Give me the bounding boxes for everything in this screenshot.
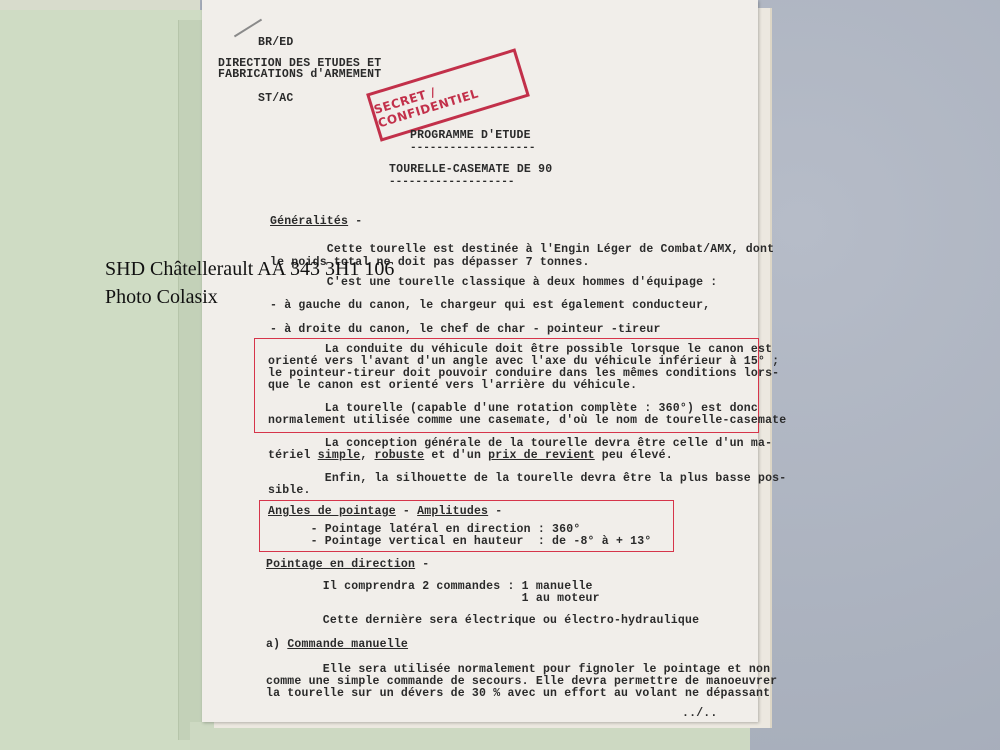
- title-rule-1: -------------------: [410, 142, 535, 154]
- paragraph-line: Cette tourelle est destinée à l'Engin Lé…: [270, 243, 774, 256]
- sub-department: ST/AC: [258, 92, 294, 105]
- reference-code: BR/ED: [258, 36, 294, 49]
- photo-credit: Photo Colasix: [105, 286, 218, 309]
- document-title-1: PROGRAMME D'ETUDE: [410, 129, 531, 142]
- paragraph-line: sible.: [268, 484, 311, 497]
- paragraph-line: Enfin, la silhouette de la tourelle devr…: [268, 472, 786, 485]
- section-heading-pointage: Pointage en direction -: [266, 558, 429, 571]
- paragraph-line: que le canon est orienté vers l'arrière …: [268, 379, 637, 392]
- crew-item: - à droite du canon, le chef de char - p…: [270, 323, 661, 336]
- document-title-2: TOURELLE-CASEMATE DE 90: [389, 163, 552, 176]
- paragraph-line: tériel simple, robuste et d'un prix de r…: [268, 449, 673, 462]
- section-heading-angles: Angles de pointage - Amplitudes -: [268, 505, 502, 518]
- paragraph-line: normalement utilisée comme une casemate,…: [268, 414, 786, 427]
- section-heading-generalites: Généralités -: [270, 215, 362, 228]
- title-rule-2: -------------------: [389, 176, 514, 188]
- archive-caption: SHD Châtellerault AA 343 3H1 106: [105, 258, 394, 281]
- crew-item: - à gauche du canon, le chargeur qui est…: [270, 299, 710, 312]
- paragraph-line: 1 au moteur: [266, 592, 600, 605]
- angle-item: - Pointage vertical en hauteur : de -8° …: [268, 535, 651, 548]
- department-line-2: FABRICATIONS d'ARMEMENT: [218, 68, 381, 81]
- continuation-mark: ../..: [682, 707, 718, 720]
- paragraph-line: la tourelle sur un dévers de 30 % avec u…: [266, 687, 770, 700]
- subsection-heading-manual: a) Commande manuelle: [266, 638, 408, 651]
- paragraph-line: Cette dernière sera électrique ou électr…: [266, 614, 699, 627]
